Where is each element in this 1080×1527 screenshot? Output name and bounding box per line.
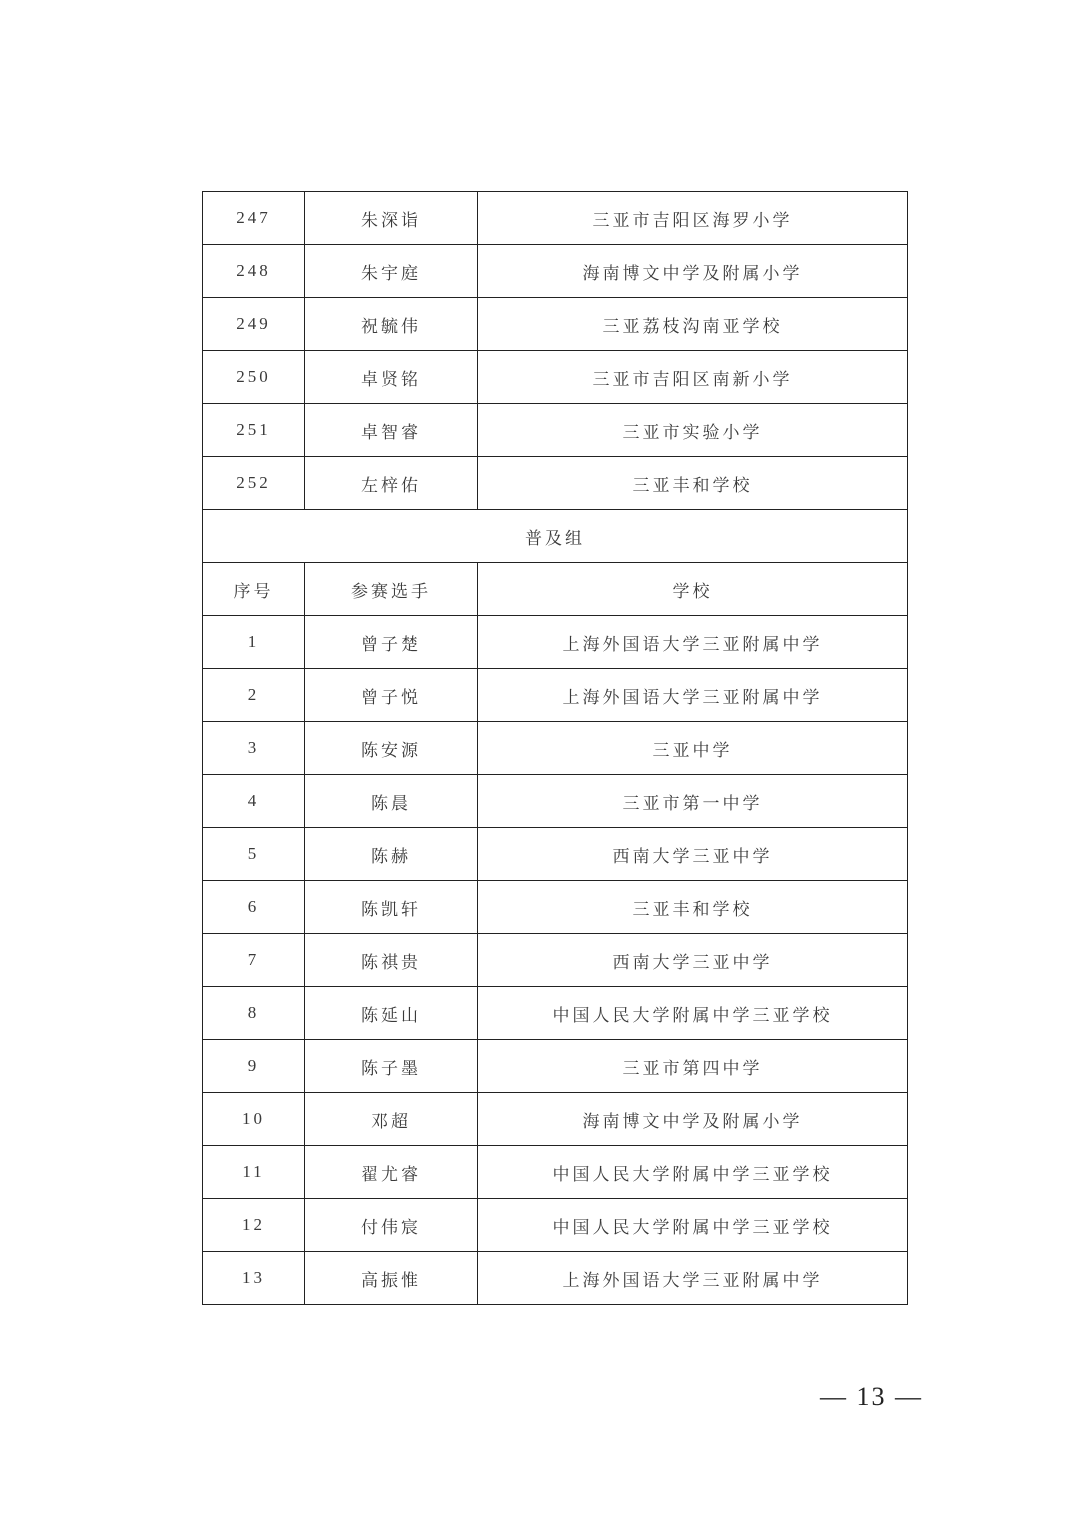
row-number: 7	[203, 934, 305, 987]
school-name: 三亚市吉阳区海罗小学	[478, 192, 908, 245]
participant-name: 曾子楚	[305, 616, 478, 669]
row-number: 6	[203, 881, 305, 934]
participant-name: 卓贤铭	[305, 351, 478, 404]
participant-name: 朱深诣	[305, 192, 478, 245]
table-row: 2 曾子悦 上海外国语大学三亚附属中学	[203, 669, 908, 722]
participant-name: 祝毓伟	[305, 298, 478, 351]
school-name: 三亚丰和学校	[478, 881, 908, 934]
row-number: 247	[203, 192, 305, 245]
table-row: 247 朱深诣 三亚市吉阳区海罗小学	[203, 192, 908, 245]
row-number: 10	[203, 1093, 305, 1146]
school-name: 海南博文中学及附属小学	[478, 245, 908, 298]
table-row: 251 卓智睿 三亚市实验小学	[203, 404, 908, 457]
table-row: 8 陈延山 中国人民大学附属中学三亚学校	[203, 987, 908, 1040]
row-number: 2	[203, 669, 305, 722]
group-title-row: 普及组	[203, 510, 908, 563]
row-number: 3	[203, 722, 305, 775]
table-row: 3 陈安源 三亚中学	[203, 722, 908, 775]
participant-name: 朱宇庭	[305, 245, 478, 298]
school-name: 中国人民大学附属中学三亚学校	[478, 987, 908, 1040]
participant-name: 陈子墨	[305, 1040, 478, 1093]
school-name: 上海外国语大学三亚附属中学	[478, 1252, 908, 1305]
group-title: 普及组	[203, 510, 908, 563]
participant-name: 翟尤睿	[305, 1146, 478, 1199]
table-row: 248 朱宇庭 海南博文中学及附属小学	[203, 245, 908, 298]
table-row: 7 陈祺贵 西南大学三亚中学	[203, 934, 908, 987]
school-name: 中国人民大学附属中学三亚学校	[478, 1199, 908, 1252]
table-row: 5 陈赫 西南大学三亚中学	[203, 828, 908, 881]
participant-name: 付伟宸	[305, 1199, 478, 1252]
participant-name: 卓智睿	[305, 404, 478, 457]
table-row: 12 付伟宸 中国人民大学附属中学三亚学校	[203, 1199, 908, 1252]
school-name: 中国人民大学附属中学三亚学校	[478, 1146, 908, 1199]
school-name: 三亚市实验小学	[478, 404, 908, 457]
row-number: 251	[203, 404, 305, 457]
page-number: — 13 —	[820, 1382, 923, 1412]
participant-name: 陈祺贵	[305, 934, 478, 987]
school-name: 海南博文中学及附属小学	[478, 1093, 908, 1146]
row-number: 248	[203, 245, 305, 298]
participant-name: 高振惟	[305, 1252, 478, 1305]
participant-name: 左梓佑	[305, 457, 478, 510]
row-number: 11	[203, 1146, 305, 1199]
participant-name: 陈凯轩	[305, 881, 478, 934]
row-number: 5	[203, 828, 305, 881]
table-row: 10 邓超 海南博文中学及附属小学	[203, 1093, 908, 1146]
table-row: 250 卓贤铭 三亚市吉阳区南新小学	[203, 351, 908, 404]
participants-table: 247 朱深诣 三亚市吉阳区海罗小学 248 朱宇庭 海南博文中学及附属小学 2…	[202, 191, 908, 1305]
row-number: 12	[203, 1199, 305, 1252]
row-number: 4	[203, 775, 305, 828]
school-name: 西南大学三亚中学	[478, 828, 908, 881]
document-page: 247 朱深诣 三亚市吉阳区海罗小学 248 朱宇庭 海南博文中学及附属小学 2…	[0, 0, 1080, 1527]
school-name: 三亚中学	[478, 722, 908, 775]
school-name: 三亚市第四中学	[478, 1040, 908, 1093]
participant-name: 陈延山	[305, 987, 478, 1040]
row-number: 13	[203, 1252, 305, 1305]
row-number: 249	[203, 298, 305, 351]
table-row: 1 曾子楚 上海外国语大学三亚附属中学	[203, 616, 908, 669]
school-name: 三亚丰和学校	[478, 457, 908, 510]
school-name: 三亚荔枝沟南亚学校	[478, 298, 908, 351]
school-name: 西南大学三亚中学	[478, 934, 908, 987]
school-name: 三亚市吉阳区南新小学	[478, 351, 908, 404]
table-row: 249 祝毓伟 三亚荔枝沟南亚学校	[203, 298, 908, 351]
school-name: 上海外国语大学三亚附属中学	[478, 616, 908, 669]
header-school: 学校	[478, 563, 908, 616]
header-row: 序号 参赛选手 学校	[203, 563, 908, 616]
participant-name: 陈晨	[305, 775, 478, 828]
row-number: 8	[203, 987, 305, 1040]
header-number: 序号	[203, 563, 305, 616]
table-row: 252 左梓佑 三亚丰和学校	[203, 457, 908, 510]
row-number: 252	[203, 457, 305, 510]
row-number: 250	[203, 351, 305, 404]
row-number: 1	[203, 616, 305, 669]
table-row: 6 陈凯轩 三亚丰和学校	[203, 881, 908, 934]
school-name: 三亚市第一中学	[478, 775, 908, 828]
participant-name: 陈安源	[305, 722, 478, 775]
table-row: 13 高振惟 上海外国语大学三亚附属中学	[203, 1252, 908, 1305]
participant-name: 邓超	[305, 1093, 478, 1146]
header-participant: 参赛选手	[305, 563, 478, 616]
table-row: 11 翟尤睿 中国人民大学附属中学三亚学校	[203, 1146, 908, 1199]
school-name: 上海外国语大学三亚附属中学	[478, 669, 908, 722]
table-row: 9 陈子墨 三亚市第四中学	[203, 1040, 908, 1093]
row-number: 9	[203, 1040, 305, 1093]
table-row: 4 陈晨 三亚市第一中学	[203, 775, 908, 828]
participant-name: 陈赫	[305, 828, 478, 881]
participant-name: 曾子悦	[305, 669, 478, 722]
